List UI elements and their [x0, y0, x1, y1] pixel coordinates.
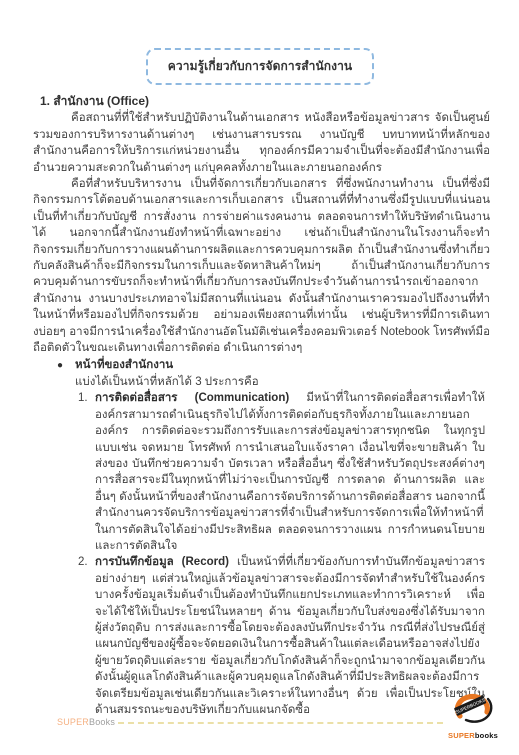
document-page: ความรู้เกี่ยวกับการจัดการสำนักงาน 1. สำน…	[0, 0, 519, 755]
duties-intro: แบ่งได้เป็นหน้าที่หลักได้ 3 ประการคือ	[75, 374, 490, 390]
list-item-text: การติดต่อสื่อสาร (Communication) มีหน้าท…	[95, 390, 485, 554]
footer-brand: SUPERBooks	[57, 717, 115, 727]
footer-divider	[118, 722, 443, 724]
list-item-body: มีหน้าที่ในการติดต่อสื่อสารเพื่อทำให้องค…	[95, 392, 485, 552]
list-item-title: การบันทึกข้อมูล (Record)	[95, 556, 229, 568]
paragraph-office-definition-1: คือสถานที่ที่ใช้สำหรับปฏิบัติงานในด้านเอ…	[33, 110, 490, 176]
page-title: ความรู้เกี่ยวกับการจัดการสำนักงาน	[168, 57, 352, 76]
list-item-title: การติดต่อสื่อสาร (Communication)	[95, 392, 289, 404]
footer-brand-super: SUPER	[57, 717, 89, 727]
logo-wordmark-super: SUPER	[448, 731, 475, 740]
paragraph-office-definition-2: คือที่สำหรับบริหารงาน เป็นที่จัดการเกี่ย…	[33, 176, 490, 356]
title-box: ความรู้เกี่ยวกับการจัดการสำนักงาน	[146, 48, 374, 85]
logo-wordmark-books: books	[475, 731, 498, 740]
footer-brand-books: Books	[89, 717, 115, 727]
document-content: 1. สำนักงาน (Office) คือสถานที่ที่ใช้สำห…	[33, 93, 490, 718]
logo-wordmark: SUPERbooks	[447, 731, 499, 740]
duties-heading: หน้าที่ของสำนักงาน	[75, 357, 173, 373]
superbooks-logo: SUPERBOOKS SUPERbooks	[447, 690, 499, 740]
duties-heading-row: ● หน้าที่ของสำนักงาน	[57, 357, 490, 374]
section-heading: 1. สำนักงาน (Office)	[40, 93, 490, 109]
list-item-communication: 1. การติดต่อสื่อสาร (Communication) มีหน…	[78, 390, 490, 554]
superbooks-logo-icon: SUPERBOOKS	[451, 690, 495, 728]
page-footer: SUPERBooks SUPERBOOKS SUPERbooks	[0, 688, 519, 755]
list-number: 1.	[78, 390, 95, 554]
bullet-icon: ●	[57, 358, 63, 374]
